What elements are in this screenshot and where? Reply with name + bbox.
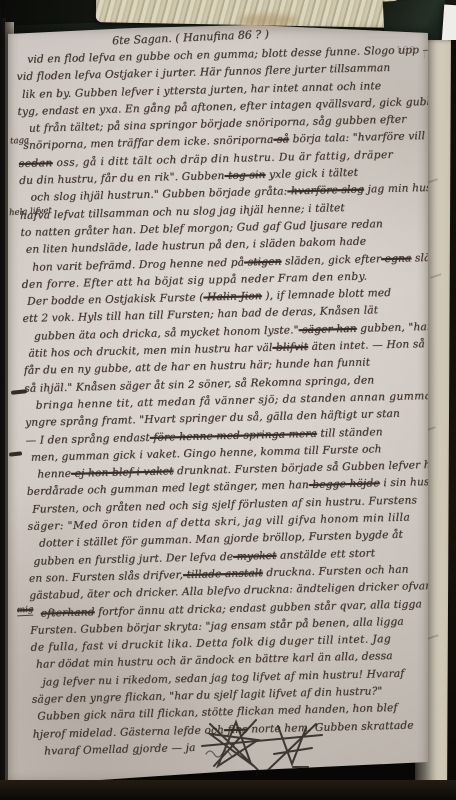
- margin-ink-dash: [9, 451, 22, 456]
- line-text: och slog ihjäl hustrun." Gubben började …: [30, 186, 287, 204]
- line-text: — de voro Samojeder: [419, 42, 428, 56]
- line-text: du din hustru, får du en rik". Gubben: [19, 170, 225, 187]
- line-text: Der bodde en Ostjakisk Furste (: [27, 292, 204, 308]
- struck-text: Halin Jion: [203, 290, 262, 303]
- page-title: 6te Sagan. ( Hanufina 86 ? ): [112, 28, 269, 48]
- margin-insertion-word-struck: mig: [17, 605, 34, 617]
- line-text: en son. Fursten slås drifver,: [29, 569, 183, 585]
- struck-text: hvarföre slog: [287, 184, 364, 198]
- line-text: börja tala: "hvarföre vill du: [289, 130, 428, 146]
- line-text: gubben en furstlig jurt. Der lefva de: [33, 550, 233, 567]
- ink-showthrough-mark: [430, 273, 442, 279]
- line-text: hon varit befrämd. Drog henne ned på: [32, 256, 244, 273]
- struck-text: tillade anstalt: [183, 567, 263, 581]
- line-text: anstälde ett stort: [276, 547, 375, 561]
- struck-text: stigen: [244, 255, 282, 268]
- line-text: hvaraf Omellad gjorde — ja: [44, 742, 196, 758]
- fore-edge-smudge: [238, 14, 298, 26]
- struck-text: sedan: [19, 157, 53, 170]
- manuscript-lines: vid en flod lefva en gubbe och en gumma;…: [16, 42, 428, 761]
- paper-sliver-top-right: [442, 4, 456, 41]
- line-text: henne: [37, 468, 71, 481]
- struck-text: efterhand: [41, 606, 95, 619]
- line-text: släden, gick efter: [281, 253, 381, 267]
- line-text: gubben, "har: [357, 321, 428, 335]
- struck-text: säger han: [298, 323, 356, 336]
- line-text: äten intet. — Hon så: [308, 338, 425, 353]
- manuscript-page: 6te Sagan. ( Hanufina 86 ? ) 188 188 vid…: [8, 24, 428, 788]
- line-text: druckna. Fursten och han: [263, 563, 409, 579]
- struck-text: blifvit: [272, 341, 308, 354]
- line-text: — I den språng endast: [25, 431, 150, 446]
- line-text: i sin hustru. Fursten: [380, 475, 428, 490]
- line-text: yxle gick i tältet: [265, 167, 358, 181]
- line-text: till ständen: [317, 426, 383, 440]
- struck-text: egna: [381, 252, 412, 265]
- struck-text: begge höjde: [309, 478, 380, 492]
- margin-insertion-word: taga: [10, 136, 29, 147]
- struck-text: så: [273, 134, 289, 146]
- line-text: släden.: [411, 251, 428, 264]
- manuscript-scan: 6te Sagan. ( Hanufina 86 ? ) 188 188 vid…: [0, 0, 456, 800]
- table-surface-bottom: [0, 780, 456, 800]
- line-text: ), if lemnade blott med: [262, 287, 392, 302]
- struck-text: mycket: [233, 549, 277, 562]
- struck-text: tog sin: [224, 169, 265, 182]
- line-text: snöriporna, men träffar dem icke. snörip…: [23, 134, 273, 152]
- line-text: jag min hustru: [364, 182, 428, 196]
- struck-text: ej hon blef i vaket: [71, 465, 174, 479]
- struck-text: före henne med springa mera: [150, 427, 317, 443]
